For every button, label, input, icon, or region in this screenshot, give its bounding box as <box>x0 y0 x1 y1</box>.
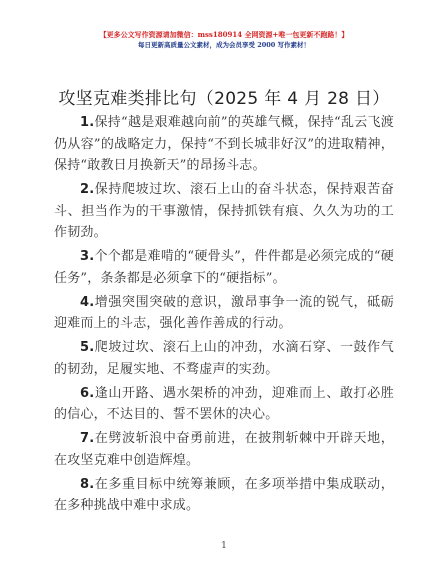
paragraph-text: 在多重目标中统筹兼顾，在多项举措中集成联动，在多种挑战中难中求成。 <box>54 477 394 514</box>
paragraph-5: 5.爬坡过坎、滚石上山的冲劲，水滴石穿、一鼓作气的韧劲，足履实地、不骛虚声的实劲… <box>54 337 394 380</box>
paragraph-7: 7.在劈波斩浪中奋勇前进，在披荆斩棘中开辟天地，在攻坚克难中创造辉煌。 <box>54 428 394 471</box>
paragraph-text: 在劈波斩浪中奋勇前进，在披荆斩棘中开辟天地，在攻坚克难中创造辉煌。 <box>54 431 394 468</box>
paragraph-number: 4. <box>80 295 94 310</box>
paragraph-4: 4.增强突围突破的意识，激昂事争一流的锐气，砥砺迎难而上的斗志，强化善作善成的行… <box>54 292 394 335</box>
paragraph-2: 2.保持爬坡过坎、滚石上山的奋斗状态，保持艰苦奋斗、担当作为的干事激情，保持抓铁… <box>54 179 394 244</box>
paragraph-3: 3.个个都是难啃的“硬骨头”，件件都是必须完成的“硬任务”，条条都是必须拿下的“… <box>54 246 394 289</box>
promo-banner-line2: 每日更新高质量公文素材，成为会员享受 2000 写作素材！ <box>0 40 448 49</box>
paragraph-text: 增强突围突破的意识，激昂事争一流的锐气，砥砺迎难而上的斗志，强化善作善成的行动。 <box>54 295 394 332</box>
paragraph-6: 6.逢山开路、遇水架桥的冲劲，迎难而上、敢打必胜的信心，不达目的、誓不罢休的决心… <box>54 383 394 426</box>
paragraph-number: 1. <box>80 115 94 130</box>
paragraph-text: 逢山开路、遇水架桥的冲劲，迎难而上、敢打必胜的信心，不达目的、誓不罢休的决心。 <box>54 386 394 423</box>
paragraph-number: 7. <box>80 431 94 446</box>
paragraph-1: 1.保持“越是艰难越向前”的英雄气概，保持“乱云飞渡仍从容”的战略定力，保持“不… <box>54 112 394 177</box>
paragraph-number: 2. <box>80 182 94 197</box>
paragraph-number: 8. <box>80 477 94 492</box>
promo-banner-line1: 【更多公文写作资源请加微信：mss180914 全网资源+唯一包更新不跑路！】 <box>0 30 448 40</box>
paragraph-8: 8.在多重目标中统筹兼顾，在多项举措中集成联动，在多种挑战中难中求成。 <box>54 474 394 517</box>
paragraph-number: 3. <box>80 249 94 264</box>
document-title: 攻坚克难类排比句（2025 年 4 月 28 日） <box>0 84 448 109</box>
paragraph-text: 保持爬坡过坎、滚石上山的奋斗状态，保持艰苦奋斗、担当作为的干事激情，保持抓铁有痕… <box>54 182 394 240</box>
paragraph-number: 5. <box>80 340 94 355</box>
document-body: 1.保持“越是艰难越向前”的英雄气概，保持“乱云飞渡仍从容”的战略定力，保持“不… <box>54 112 394 519</box>
paragraph-number: 6. <box>80 386 94 401</box>
page-number: 1 <box>0 541 448 551</box>
paragraph-text: 保持“越是艰难越向前”的英雄气概，保持“乱云飞渡仍从容”的战略定力，保持“不到长… <box>54 115 394 173</box>
paragraph-text: 个个都是难啃的“硬骨头”，件件都是必须完成的“硬任务”，条条都是必须拿下的“硬指… <box>54 249 394 286</box>
paragraph-text: 爬坡过坎、滚石上山的冲劲，水滴石穿、一鼓作气的韧劲，足履实地、不骛虚声的实劲。 <box>54 340 394 377</box>
